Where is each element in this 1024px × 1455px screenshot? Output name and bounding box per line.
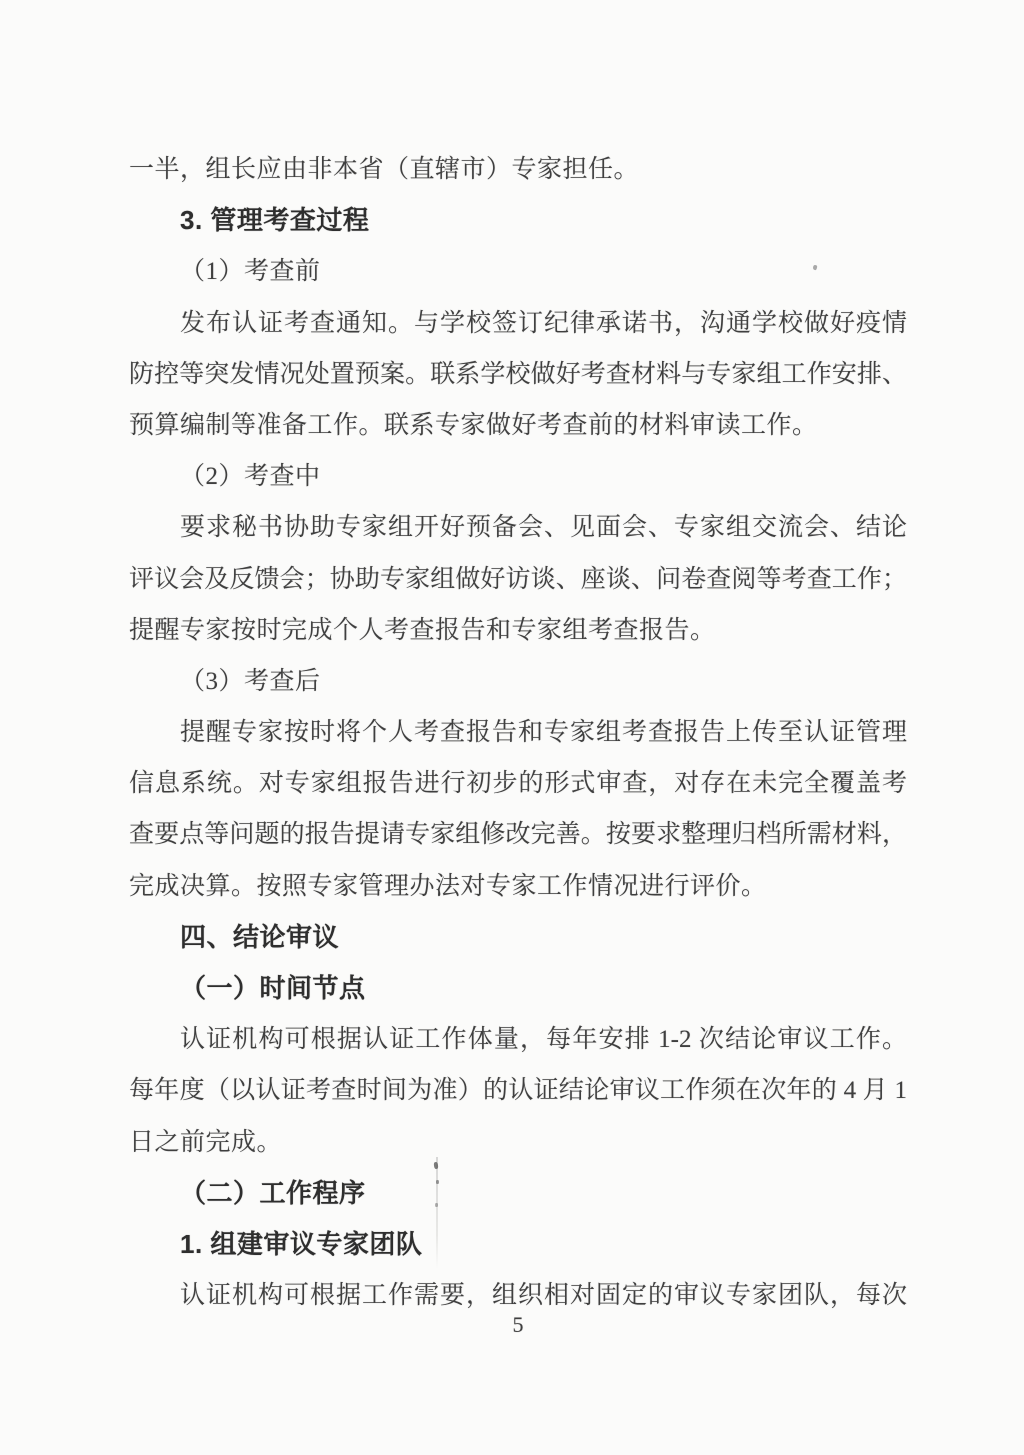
- text-line: 日之前完成。: [129, 1117, 907, 1168]
- text-line: 提醒专家按时完成个人考查报告和专家组考查报告。: [129, 605, 907, 656]
- text-line: 预算编制等准备工作。联系专家做好考查前的材料审读工作。: [129, 400, 907, 451]
- text-line: （3）考查后: [129, 656, 907, 707]
- scan-speck-1: [434, 1162, 439, 1169]
- page-number: 5: [129, 1300, 907, 1350]
- document-body: 一半，组长应由非本省（直辖市）专家担任。3. 管理考查过程（1）考查前发布认证考…: [129, 144, 907, 1321]
- heading-line: （二）工作程序: [129, 1168, 907, 1219]
- text-line: 每年度（以认证考查时间为准）的认证结论审议工作须在次年的 4 月 1: [129, 1065, 907, 1116]
- heading-line: 1. 组建审议专家团队: [129, 1219, 907, 1270]
- scan-speck-2: [436, 1180, 439, 1184]
- text-line: 完成决算。按照专家管理办法对专家工作情况进行评价。: [129, 861, 907, 912]
- text-line: （1）考查前: [129, 246, 907, 297]
- heading-line: （一）时间节点: [129, 963, 907, 1014]
- text-line: 一半，组长应由非本省（直辖市）专家担任。: [129, 144, 907, 195]
- text-line: 防控等突发情况处置预案。联系学校做好考查材料与专家组工作安排、: [129, 349, 907, 400]
- text-line: 信息系统。对专家组报告进行初步的形式审查，对存在未完全覆盖考: [129, 758, 907, 809]
- text-line: （2）考查中: [129, 451, 907, 502]
- text-line: 提醒专家按时将个人考查报告和专家组考查报告上传至认证管理: [129, 707, 907, 758]
- text-line: 发布认证考查通知。与学校签订纪律承诺书，沟通学校做好疫情: [129, 298, 907, 349]
- text-line: 要求秘书协助专家组开好预备会、见面会、专家组交流会、结论: [129, 502, 907, 553]
- heading-line: 3. 管理考查过程: [129, 195, 907, 246]
- text-line: 评议会及反馈会；协助专家组做好访谈、座谈、问卷查阅等考查工作；: [129, 554, 907, 605]
- scan-vertical-streak: [436, 1157, 438, 1269]
- text-line: 认证机构可根据认证工作体量，每年安排 1-2 次结论审议工作。: [129, 1014, 907, 1065]
- scanned-document-page: { "page": { "background": "#fbfbfa", "te…: [0, 0, 1024, 1455]
- scan-speck-3: [435, 1203, 438, 1207]
- text-line: 查要点等问题的报告提请专家组修改完善。按要求整理归档所需材料，: [129, 809, 907, 860]
- heading-line: 四、结论审议: [129, 912, 907, 963]
